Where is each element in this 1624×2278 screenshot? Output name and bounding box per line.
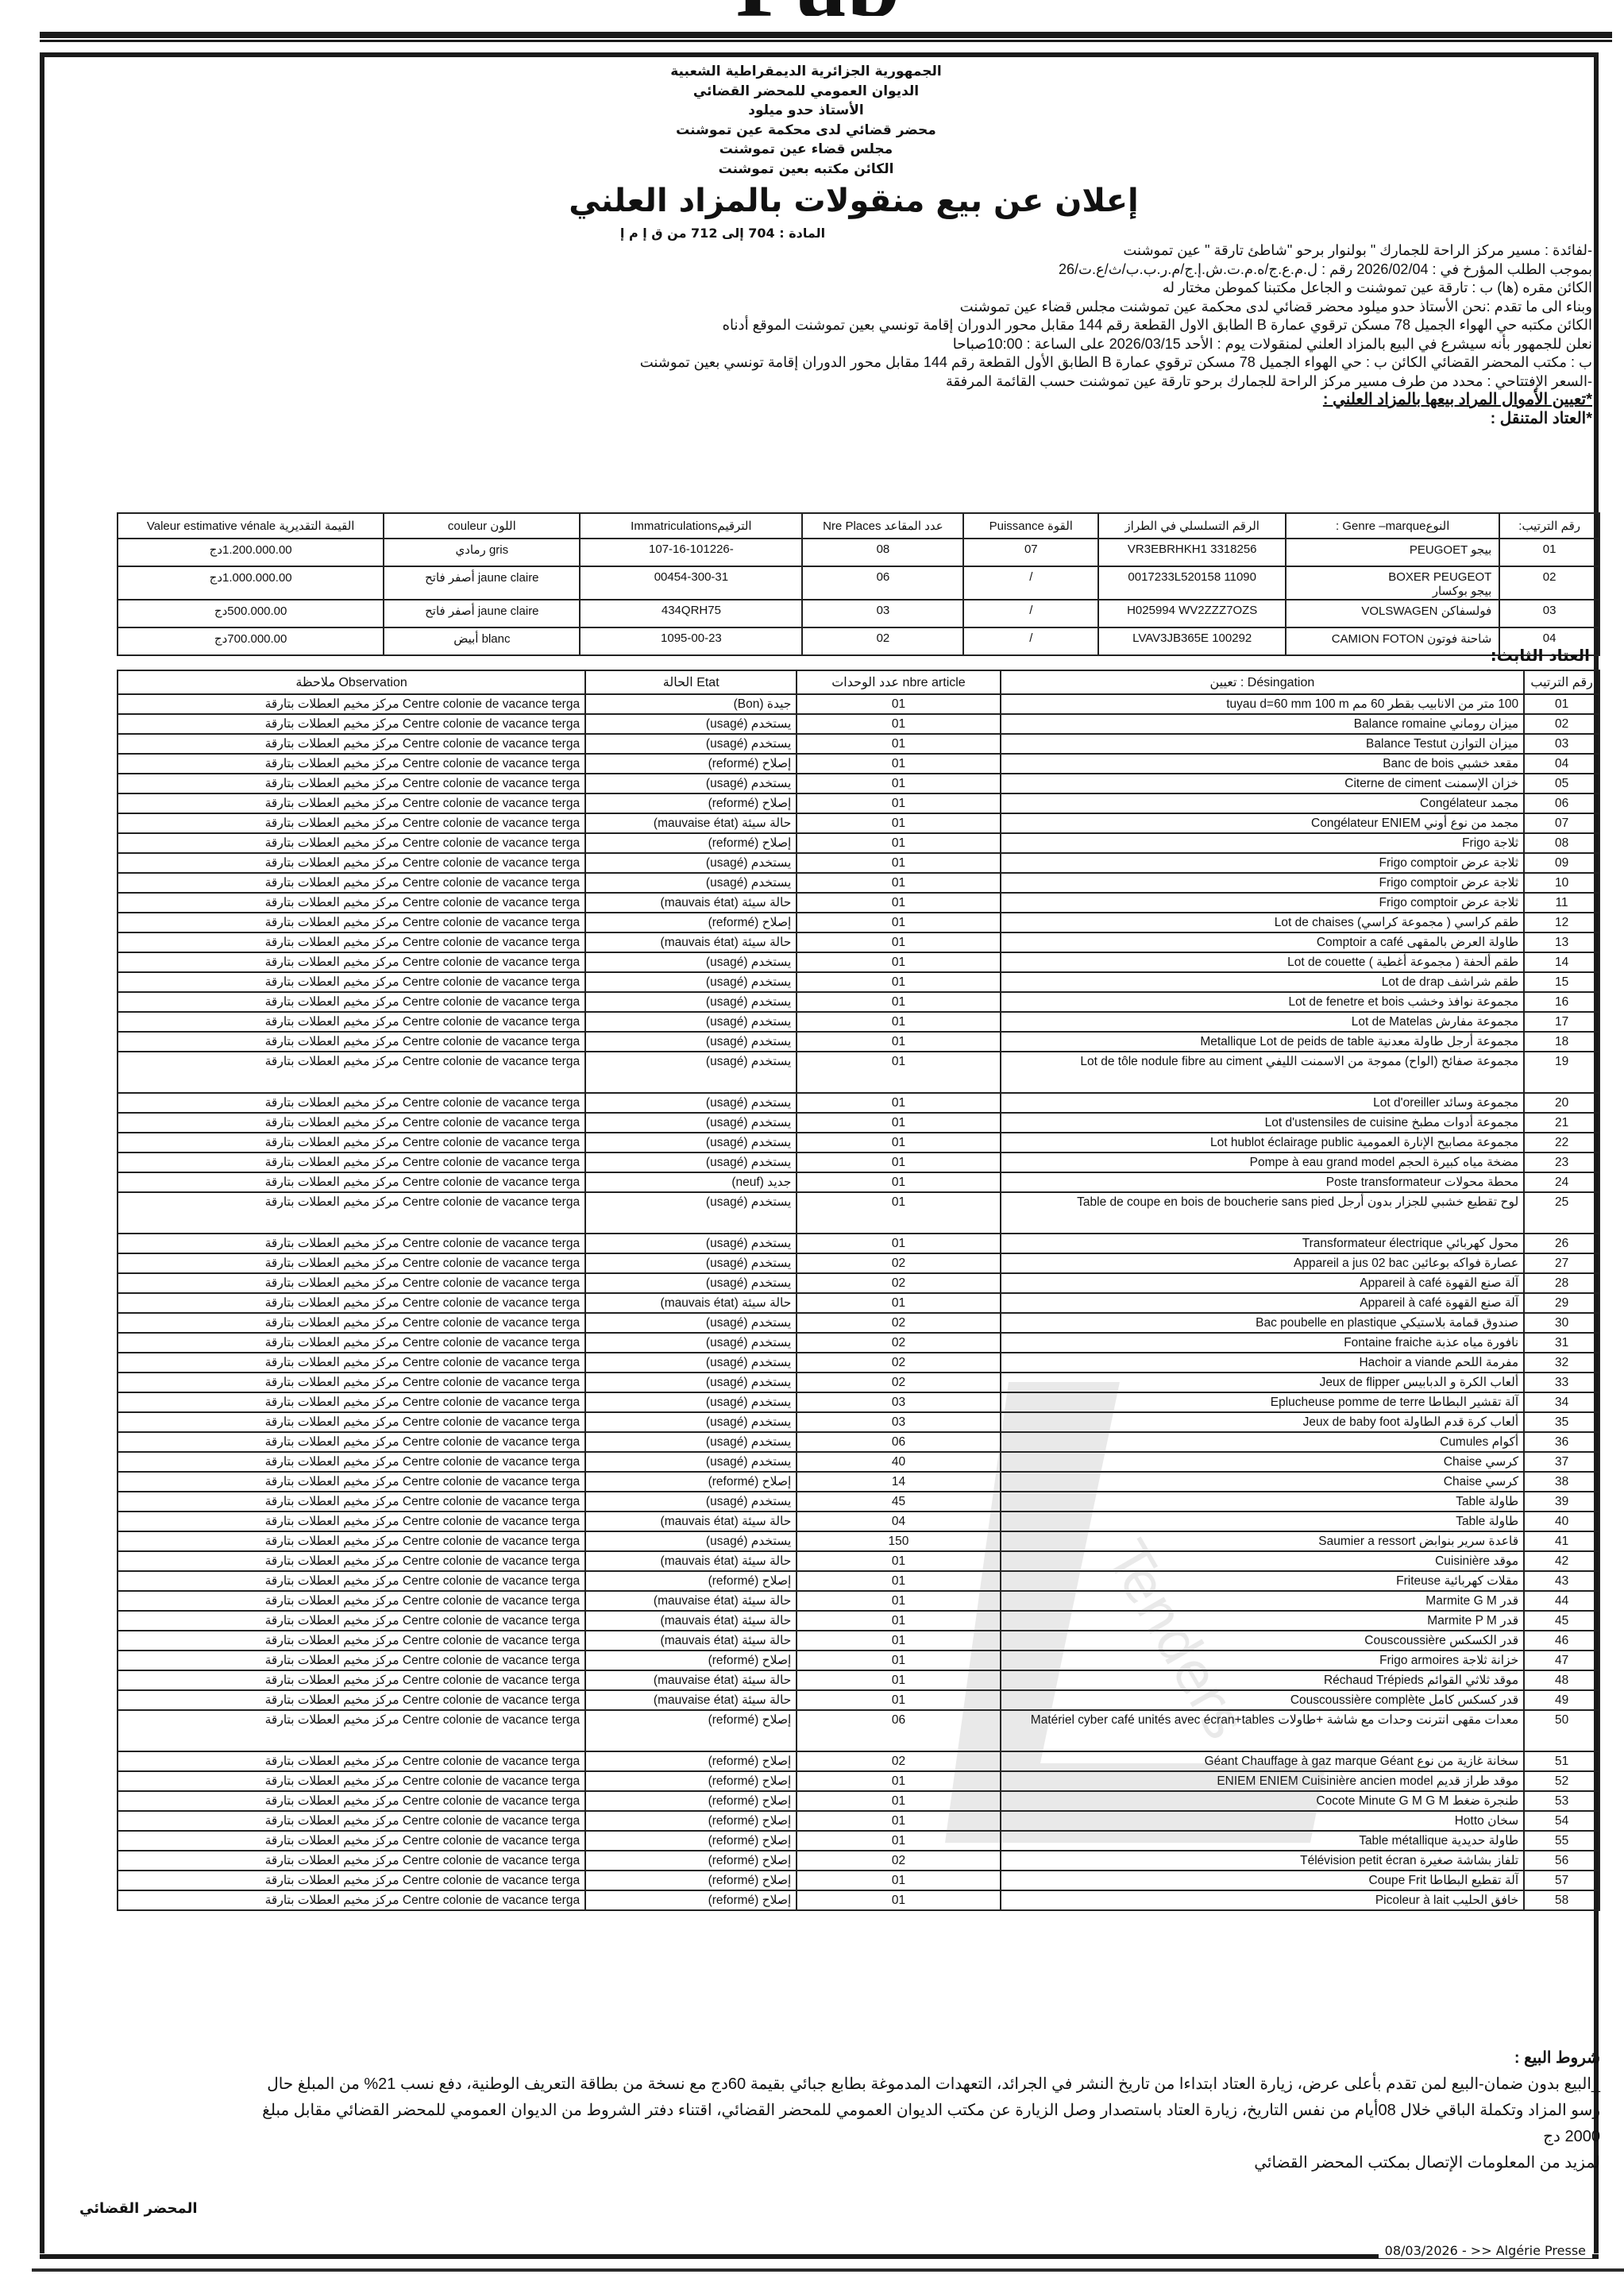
cell-designation: طنجرة ضغط Cocote Minute G M G M [1001,1791,1525,1811]
cell-qty: 01 [797,813,1000,833]
cell-qty: 03 [797,1392,1000,1412]
cell-num: 43 [1524,1571,1599,1591]
fixed-item-row: 13طاولة العرض بالمقهى Comptoir a café01ح… [118,932,1599,952]
cell-designation: مجمد من نوع أوني Congélateur ENIEM [1001,813,1525,833]
cell-num: 36 [1524,1432,1599,1452]
cell-places: 08 [802,539,963,566]
header-line: الديوان العمومي للمحضر القضائي [556,82,1056,102]
cell-qty: 01 [797,1551,1000,1571]
cell-observation: Centre colonie de vacance terga مركز مخي… [118,1531,585,1551]
cell-observation: Centre colonie de vacance terga مركز مخي… [118,734,585,754]
cell-etat: يستخدم (usagé) [585,1052,797,1093]
cell-designation: كرسي Chaise [1001,1472,1525,1492]
cell-observation: Centre colonie de vacance terga مركز مخي… [118,1093,585,1113]
cell-etat: يستخدم (usagé) [585,1093,797,1113]
cell-observation: Centre colonie de vacance terga مركز مخي… [118,1012,585,1032]
cell-immat: -107-16-101226 [580,539,802,566]
cell-designation: مجموعة صفائح (الواح) مموجة من الاسمنت ال… [1001,1052,1525,1093]
cell-designation: مجموعة وسائد Lot d'oreiller [1001,1093,1525,1113]
fixed-item-row: 23مضخة مياه كبيرة الحجم Pompe à eau gran… [118,1153,1599,1172]
cell-observation: Centre colonie de vacance terga مركز مخي… [118,1851,585,1871]
cell-num: 39 [1524,1492,1599,1512]
fixed-item-row: 02ميزان روماني Balance romaine01يستخدم (… [118,714,1599,734]
cell-qty: 01 [797,754,1000,774]
conditions-line: 2000 دج [44,2124,1600,2150]
cell-qty: 01 [797,833,1000,853]
cell-qty: 45 [797,1492,1000,1512]
fixed-item-row: 38كرسي Chaise14إصلاح (reformé)Centre col… [118,1472,1599,1492]
cell-immat: 1095-00-23 [580,627,802,655]
fixed-item-row: 05خزان الإسمنت Citerne de ciment01يستخدم… [118,774,1599,793]
fixed-item-row: 07مجمد من نوع أوني Congélateur ENIEM01حا… [118,813,1599,833]
cell-designation: صندوق قمامة بلاستيكي Bac poubelle en pla… [1001,1313,1525,1333]
cell-etat: يستخدم (usagé) [585,1153,797,1172]
cell-qty: 01 [797,1133,1000,1153]
cell-designation: ثلاجة عرض Frigo comptoir [1001,893,1525,913]
cell-observation: Centre colonie de vacance terga مركز مخي… [118,913,585,932]
cell-designation: موقد ثلاثي القوائم Réchaud Trépieds [1001,1670,1525,1690]
cell-qty: 01 [797,1192,1000,1234]
cell-num: 47 [1524,1651,1599,1670]
fixed-item-row: 03ميزان التوازن Balance Testut01يستخدم (… [118,734,1599,754]
cell-observation: Centre colonie de vacance terga مركز مخي… [118,992,585,1012]
fixed-item-row: 55طاولة حديدية Table métallique01إصلاح (… [118,1831,1599,1851]
cell-num: 50 [1524,1710,1599,1751]
cell-puissance: 07 [963,539,1098,566]
cell-num: 57 [1524,1871,1599,1890]
cell-designation: طاولة العرض بالمقهى Comptoir a café [1001,932,1525,952]
issuer-header: الجمهورية الجزائرية الديمقراطية الشعبية … [556,62,1056,179]
cell-designation: خزان الإسمنت Citerne de ciment [1001,774,1525,793]
cell-num: 29 [1524,1293,1599,1313]
cell-num: 25 [1524,1192,1599,1234]
fixed-item-row: 40طاولة Table04حالة سيئة (mauvais état)C… [118,1512,1599,1531]
cell-num: 30 [1524,1313,1599,1333]
cell-num: 17 [1524,1012,1599,1032]
cell-etat: إصلاح (reformé) [585,1771,797,1791]
masthead-rule-thin [40,40,1612,42]
cell-genre: BOXER PEUGEOTبيجو بوكسار [1286,566,1499,600]
cell-couleur: blanc أبيض [384,627,580,655]
cell-designation: طاولة حديدية Table métallique [1001,1831,1525,1851]
cell-etat: جيدة (Bon) [585,694,797,714]
fixed-items-table: رقم الترتيب Désingation : تعيين nbre art… [117,670,1600,1911]
cell-etat: يستخدم (usagé) [585,1432,797,1452]
cell-qty: 01 [797,1571,1000,1591]
cell-observation: Centre colonie de vacance terga مركز مخي… [118,1452,585,1472]
cell-num: 08 [1524,833,1599,853]
col-num: رقم الترتيب: [1499,513,1599,539]
cell-etat: إصلاح (reformé) [585,1472,797,1492]
cell-observation: Centre colonie de vacance terga مركز مخي… [118,1432,585,1452]
cell-etat: حالة سيئة (mauvais état) [585,1512,797,1531]
cell-designation: لوح تقطيع خشبي للجزار بدون أرجل Table de… [1001,1192,1525,1234]
conditions-line: _البيع بدون ضمان-البيع لمن تقدم بأعلى عر… [44,2071,1600,2098]
cell-num: 58 [1524,1890,1599,1910]
cell-observation: Centre colonie de vacance terga مركز مخي… [118,1392,585,1412]
notice-title: إعلان عن بيع منقولات بالمزاد العلني [556,179,1151,223]
cell-qty: 01 [797,774,1000,793]
cell-num: 03 [1524,734,1599,754]
fixed-item-row: 20مجموعة وسائد Lot d'oreiller01يستخدم (u… [118,1093,1599,1113]
cell-num: 18 [1524,1032,1599,1052]
fixed-item-row: 43مقلات كهربائية Friteuse01إصلاح (reform… [118,1571,1599,1591]
cell-qty: 01 [797,1153,1000,1172]
cell-observation: Centre colonie de vacance terga مركز مخي… [118,1512,585,1531]
cell-etat: يستخدم (usagé) [585,972,797,992]
cell-num: 56 [1524,1851,1599,1871]
cell-observation: Centre colonie de vacance terga مركز مخي… [118,972,585,992]
fixed-item-row: 14طقم ألحفة ( مجموعة أغطية ) Lot de coue… [118,952,1599,972]
cell-observation: Centre colonie de vacance terga مركز مخي… [118,1192,585,1234]
cell-etat: يستخدم (usagé) [585,1353,797,1373]
intro-line: ب : مكتب المحضر القضائي الكائن ب : حي ال… [480,353,1592,373]
cell-num: 14 [1524,952,1599,972]
cell-serial: H025994 WV2ZZZ7OZS [1098,600,1286,627]
section-heading: *تعيين الأموال المراد بيعها بالمزاد العل… [480,391,1592,410]
genre-latin: BOXER PEUGEOT [1293,570,1498,584]
cell-qty: 02 [797,1273,1000,1293]
cell-etat: يستخدم (usagé) [585,1313,797,1333]
cell-qty: 02 [797,1253,1000,1273]
cell-etat: يستخدم (usagé) [585,1452,797,1472]
fixed-item-row: 09ثلاجة عرض Frigo comptoir01يستخدم (usag… [118,853,1599,873]
cell-designation: مفرمة اللحم Hachoir a viande [1001,1353,1525,1373]
col-immat: الترقيمImmatriculations [580,513,802,539]
cell-observation: Centre colonie de vacance terga مركز مخي… [118,1670,585,1690]
fixed-item-row: 26محول كهربائي Transformateur électrique… [118,1234,1599,1253]
conditions-line: لمزيد من المعلومات الإتصال بمكتب المحضر … [44,2150,1600,2176]
cell-num: 23 [1524,1153,1599,1172]
fixed-item-row: 12طقم كراسي ( مجموعة كراسي) Lot de chais… [118,913,1599,932]
cell-qty: 01 [797,1234,1000,1253]
cell-designation: محول كهربائي Transformateur électrique [1001,1234,1525,1253]
cell-designation: موقد طراز قديم ENIEM ENIEM Cuisinière an… [1001,1771,1525,1791]
cell-etat: إصلاح (reformé) [585,1811,797,1831]
col-designation: Désingation : تعيين [1001,670,1525,694]
footer-date-source: 08/03/2026 - >> Algérie Presse [1379,2243,1592,2258]
cell-designation: معدات مقهى انترنت وحدات مع شاشة +طاولات … [1001,1710,1525,1751]
cell-num: 27 [1524,1253,1599,1273]
cell-designation: قدر Marmite G M [1001,1591,1525,1611]
conditions-line: رسو المزاد وتكملة الباقي خلال 08أيام من … [44,2098,1600,2124]
cell-num: 41 [1524,1531,1599,1551]
header-line: محضر قضائي لدى محكمة عين تموشنت [556,121,1056,141]
cell-qty: 03 [797,1412,1000,1432]
cell-etat: إصلاح (reformé) [585,913,797,932]
cell-observation: Centre colonie de vacance terga مركز مخي… [118,1313,585,1333]
fixed-item-row: 16مجموعة نوافذ وخشب Lot de fenetre et bo… [118,992,1599,1012]
cell-observation: Centre colonie de vacance terga مركز مخي… [118,1273,585,1293]
cell-etat: يستخدم (usagé) [585,734,797,754]
cell-etat: إصلاح (reformé) [585,1751,797,1771]
cell-designation: مجموعة نوافذ وخشب Lot de fenetre et bois [1001,992,1525,1012]
sale-conditions: شروط البيع : _البيع بدون ضمان-البيع لمن … [44,2045,1600,2176]
cell-designation: ألعاب كرة قدم الطاولة Jeux de baby foot [1001,1412,1525,1432]
cell-qty: 01 [797,952,1000,972]
fixed-item-row: 06مجمد Congélateur01إصلاح (reformé)Centr… [118,793,1599,813]
intro-line: وبناء الى ما تقدم :نحن الأستاذ حدو ميلود… [480,298,1592,317]
fixed-item-row: 15طقم شراشف Lot de drap01يستخدم (usagé)C… [118,972,1599,992]
fixed-item-row: 42موقد Cuisinière01حالة سيئة (mauvais ét… [118,1551,1599,1571]
cell-num: 13 [1524,932,1599,952]
cell-etat: يستخدم (usagé) [585,1113,797,1133]
cell-observation: Centre colonie de vacance terga مركز مخي… [118,813,585,833]
fixed-item-row: 41قاعدة سرير بنوابض Saumier a ressort150… [118,1531,1599,1551]
col-observation: Observation ملاحظة [118,670,585,694]
cell-etat: حالة سيئة (mauvais état) [585,1293,797,1313]
cell-observation: Centre colonie de vacance terga مركز مخي… [118,1293,585,1313]
cell-valeur: 1.000.000.00دج [118,566,384,600]
fixed-item-row: 36أكوام Cumules06يستخدم (usagé)Centre co… [118,1432,1599,1452]
col-valeur: القيمة التقديرية Valeur estimative vénal… [118,513,384,539]
cell-qty: 01 [797,694,1000,714]
cell-observation: Centre colonie de vacance terga مركز مخي… [118,1172,585,1192]
cell-observation: Centre colonie de vacance terga مركز مخي… [118,1811,585,1831]
cell-designation: ألعاب الكرة و الدبابيس Jeux de flipper [1001,1373,1525,1392]
fixed-item-row: 44قدر Marmite G M01حالة سيئة (mauvaise é… [118,1591,1599,1611]
cell-qty: 01 [797,1871,1000,1890]
fixed-item-row: 01100 متر من الانابيب بقطر 60 مم tuyau d… [118,694,1599,714]
cell-observation: Centre colonie de vacance terga مركز مخي… [118,1890,585,1910]
cell-etat: يستخدم (usagé) [585,1253,797,1273]
cell-num: 45 [1524,1611,1599,1631]
cell-etat: حالة سيئة (mauvaise état) [585,813,797,833]
fixed-item-row: 18مجموعة أرجل طاولة معدنية Metallique Lo… [118,1032,1599,1052]
col-serial: الرقم التسلسلي في الطراز [1098,513,1286,539]
cell-designation: موقد Cuisinière [1001,1551,1525,1571]
cell-num: 01 [1524,694,1599,714]
cell-genre: PEUGOET بيجو [1286,539,1499,566]
cell-qty: 02 [797,1851,1000,1871]
cell-num: 52 [1524,1771,1599,1791]
cell-qty: 01 [797,1791,1000,1811]
cell-qty: 01 [797,734,1000,754]
cell-etat: يستخدم (usagé) [585,1032,797,1052]
cell-observation: Centre colonie de vacance terga مركز مخي… [118,1373,585,1392]
conditions-title: شروط البيع : [44,2045,1600,2071]
cell-couleur: gris رمادي [384,539,580,566]
fixed-item-row: 10ثلاجة عرض Frigo comptoir01يستخدم (usag… [118,873,1599,893]
col-couleur: اللون couleur [384,513,580,539]
cell-observation: Centre colonie de vacance terga مركز مخي… [118,853,585,873]
cell-etat: حالة سيئة (mauvais état) [585,893,797,913]
cell-num: 24 [1524,1172,1599,1192]
cell-valeur: 500.000.00دج [118,600,384,627]
cell-qty: 01 [797,1052,1000,1093]
cell-observation: Centre colonie de vacance terga مركز مخي… [118,1133,585,1153]
cell-observation: Centre colonie de vacance terga مركز مخي… [118,1412,585,1432]
col-puissance: القوة Puissance [963,513,1098,539]
cell-designation: مجموعة أرجل طاولة معدنية Metallique Lot … [1001,1032,1525,1052]
col-qty: nbre article عدد الوحدات [797,670,1000,694]
cell-etat: يستخدم (usagé) [585,1234,797,1253]
cell-etat: يستخدم (usagé) [585,873,797,893]
cell-etat: إصلاح (reformé) [585,1710,797,1751]
cell-qty: 02 [797,1333,1000,1353]
cell-num: 40 [1524,1512,1599,1531]
cell-designation: ثلاجة عرض Frigo comptoir [1001,853,1525,873]
cell-observation: Centre colonie de vacance terga مركز مخي… [118,714,585,734]
cell-etat: حالة سيئة (mauvais état) [585,1551,797,1571]
fixed-header-row: رقم الترتيب Désingation : تعيين nbre art… [118,670,1599,694]
cell-etat: يستخدم (usagé) [585,1531,797,1551]
cell-num: 21 [1524,1113,1599,1133]
frame-bottom-rule-thin [32,2268,1624,2272]
genre-latin: CAMION FOTON شاحنة فوتون [1293,631,1498,646]
cell-etat: يستخدم (usagé) [585,1273,797,1293]
cell-qty: 01 [797,1611,1000,1631]
cell-designation: آلة صنع القهوة Appareil à café [1001,1273,1525,1293]
cell-qty: 01 [797,1811,1000,1831]
cell-num: 20 [1524,1093,1599,1113]
fixed-item-row: 58خافق الحليب Picoleur à lait01إصلاح (re… [118,1890,1599,1910]
cell-num: 01 [1499,539,1599,566]
cell-puissance: / [963,566,1098,600]
cell-genre: CAMION FOTON شاحنة فوتون [1286,627,1499,655]
cell-num: 42 [1524,1551,1599,1571]
col-genre: النوعGenre –marque : [1286,513,1499,539]
cell-qty: 01 [797,1093,1000,1113]
cell-qty: 01 [797,1670,1000,1690]
cell-genre: VOLSWAGEN فولسفاكن [1286,600,1499,627]
cell-qty: 01 [797,853,1000,873]
cell-qty: 14 [797,1472,1000,1492]
cell-etat: إصلاح (reformé) [585,1791,797,1811]
cell-observation: Centre colonie de vacance terga مركز مخي… [118,1032,585,1052]
cell-designation: تلفاز بشاشة صغيرة Télévision petit écran [1001,1851,1525,1871]
cell-etat: حالة سيئة (mauvaise état) [585,1670,797,1690]
movable-heading: *العتاد المتنقل : [480,410,1592,429]
cell-puissance: / [963,627,1098,655]
cell-observation: Centre colonie de vacance terga مركز مخي… [118,1690,585,1710]
genre-latin: PEUGOET بيجو [1293,542,1498,557]
cell-observation: Centre colonie de vacance terga مركز مخي… [118,1631,585,1651]
cell-etat: إصلاح (reformé) [585,1571,797,1591]
cell-num: 48 [1524,1670,1599,1690]
cell-qty: 01 [797,913,1000,932]
cell-num: 19 [1524,1052,1599,1093]
cell-designation: 100 متر من الانابيب بقطر 60 مم tuyau d=6… [1001,694,1525,714]
cell-designation: مجمد Congélateur [1001,793,1525,813]
cell-etat: يستخدم (usagé) [585,992,797,1012]
col-num: رقم الترتيب [1524,670,1599,694]
cell-etat: حالة سيئة (mauvaise état) [585,1591,797,1611]
cell-designation: قدر كسكس كامل Couscoussière complète [1001,1690,1525,1710]
cell-observation: Centre colonie de vacance terga مركز مخي… [118,754,585,774]
cell-etat: إصلاح (reformé) [585,1890,797,1910]
cell-etat: جديد (neuf) [585,1172,797,1192]
cell-designation: خزانة ثلاجة Frigo armoires [1001,1651,1525,1670]
cell-designation: نافورة مياه عذبة Fontaine fraiche [1001,1333,1525,1353]
cell-etat: يستخدم (usagé) [585,1373,797,1392]
cell-places: 06 [802,566,963,600]
fixed-item-row: 39طاولة Table45يستخدم (usagé)Centre colo… [118,1492,1599,1512]
cell-designation: آلة تقطيع البطاطا Coupe Frit [1001,1871,1525,1890]
cell-num: 04 [1524,754,1599,774]
cell-designation: آلة تقشير البطاطا Eplucheuse pomme de te… [1001,1392,1525,1412]
frame-bottom-rule [40,2254,1599,2259]
cell-qty: 01 [797,1651,1000,1670]
cell-observation: Centre colonie de vacance terga مركز مخي… [118,694,585,714]
cell-designation: مجموعة مفارش Lot de Matelas [1001,1012,1525,1032]
cell-etat: يستخدم (usagé) [585,1192,797,1234]
cell-observation: Centre colonie de vacance terga مركز مخي… [118,932,585,952]
fixed-item-row: 57آلة تقطيع البطاطا Coupe Frit01إصلاح (r… [118,1871,1599,1890]
cell-num: 37 [1524,1452,1599,1472]
cell-observation: Centre colonie de vacance terga مركز مخي… [118,893,585,913]
cell-qty: 01 [797,893,1000,913]
masthead-title: Pub [715,0,921,16]
intro-line: نعلن للجمهور بأنه سيشرع في البيع بالمزاد… [480,335,1592,354]
cell-observation: Centre colonie de vacance terga مركز مخي… [118,1472,585,1492]
cell-designation: مجموعة مصابيح الإنارة العمومية Lot hublo… [1001,1133,1525,1153]
cell-valeur: 700.000.00دج [118,627,384,655]
fixed-section-title: العتاد الثابث: [1491,646,1590,665]
cell-qty: 01 [797,873,1000,893]
cell-etat: يستخدم (usagé) [585,1492,797,1512]
fixed-item-row: 17مجموعة مفارش Lot de Matelas01يستخدم (u… [118,1012,1599,1032]
fixed-item-row: 33ألعاب الكرة و الدبابيس Jeux de flipper… [118,1373,1599,1392]
signature: المحضر القضائي [79,2200,198,2217]
cell-observation: Centre colonie de vacance terga مركز مخي… [118,833,585,853]
cell-immat: 00454-300-31 [580,566,802,600]
fixed-item-row: 56تلفاز بشاشة صغيرة Télévision petit écr… [118,1851,1599,1871]
cell-qty: 04 [797,1512,1000,1531]
cell-valeur: 1.200.000.00دج [118,539,384,566]
cell-etat: يستخدم (usagé) [585,1392,797,1412]
cell-observation: Centre colonie de vacance terga مركز مخي… [118,1591,585,1611]
fixed-item-row: 45قدر Marmite P M01حالة سيئة (mauvais ét… [118,1611,1599,1631]
cell-immat: 434QRH75 [580,600,802,627]
cell-designation: ثلاجة عرض Frigo comptoir [1001,873,1525,893]
cell-observation: Centre colonie de vacance terga مركز مخي… [118,1234,585,1253]
cell-qty: 02 [797,1313,1000,1333]
cell-num: 12 [1524,913,1599,932]
cell-etat: يستخدم (usagé) [585,1333,797,1353]
cell-qty: 06 [797,1432,1000,1452]
fixed-item-row: 52موقد طراز قديم ENIEM ENIEM Cuisinière … [118,1771,1599,1791]
cell-observation: Centre colonie de vacance terga مركز مخي… [118,1253,585,1273]
cell-num: 15 [1524,972,1599,992]
fixed-item-row: 32مفرمة اللحم Hachoir a viande02يستخدم (… [118,1353,1599,1373]
intro-text: -لفائدة : مسير مركز الراحة للجمارك " بول… [480,241,1592,428]
masthead-rule-thick [40,32,1612,38]
fixed-item-row: 46قدر الكسكس Couscoussière01حالة سيئة (m… [118,1631,1599,1651]
cell-designation: مضخة مياه كبيرة الحجم Pompe à eau grand … [1001,1153,1525,1172]
cell-observation: Centre colonie de vacance terga مركز مخي… [118,774,585,793]
cell-observation: Centre colonie de vacance terga مركز مخي… [118,952,585,972]
cell-observation: Centre colonie de vacance terga مركز مخي… [118,1333,585,1353]
cell-qty: 01 [797,932,1000,952]
fixed-item-row: 34آلة تقشير البطاطا Eplucheuse pomme de … [118,1392,1599,1412]
cell-designation: طاولة Table [1001,1512,1525,1531]
fixed-item-row: 27عصارة فواكه بوعائين Appareil a jus 02 … [118,1253,1599,1273]
fixed-item-row: 19مجموعة صفائح (الواح) مموجة من الاسمنت … [118,1052,1599,1093]
cell-etat: يستخدم (usagé) [585,853,797,873]
intro-line: -لفائدة : مسير مركز الراحة للجمارك " بول… [480,241,1592,261]
cell-num: 02 [1524,714,1599,734]
fixed-item-row: 48موقد ثلاثي القوائم Réchaud Trépieds01ح… [118,1670,1599,1690]
fixed-item-row: 30صندوق قمامة بلاستيكي Bac poubelle en p… [118,1313,1599,1333]
cell-designation: مجموعة أدوات مطبخ Lot d'ustensiles de cu… [1001,1113,1525,1133]
cell-etat: يستخدم (usagé) [585,1133,797,1153]
cell-num: 32 [1524,1353,1599,1373]
genre-latin: VOLSWAGEN فولسفاكن [1293,604,1498,618]
cell-num: 49 [1524,1690,1599,1710]
cell-qty: 01 [797,1113,1000,1133]
fixed-item-row: 25لوح تقطيع خشبي للجزار بدون أرجل Table … [118,1192,1599,1234]
